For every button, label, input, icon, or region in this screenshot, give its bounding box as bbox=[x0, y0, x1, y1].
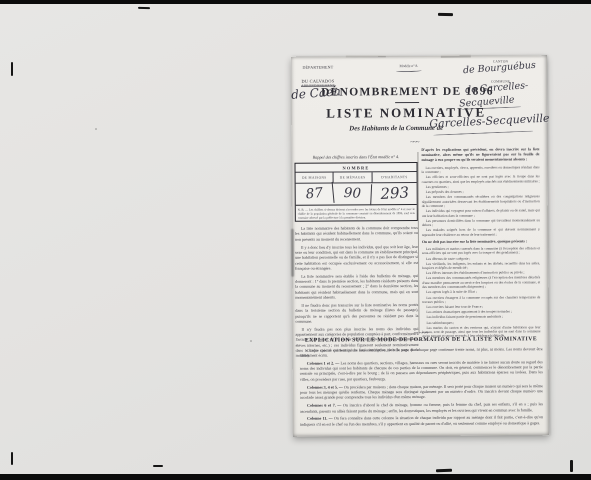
modele-underline bbox=[396, 69, 422, 73]
canton-handwritten: de Bourguébus bbox=[463, 60, 537, 77]
scan-mark bbox=[153, 465, 163, 467]
instruction-paragraph: La liste nominative des habitants de la … bbox=[295, 225, 418, 242]
instruction-paragraph: La liste nominative sera établie à l'aid… bbox=[295, 273, 418, 300]
inclusion-intro: D'après les explications qui précèdent, … bbox=[421, 147, 539, 162]
scan-mark bbox=[438, 13, 453, 16]
dust-speck bbox=[250, 340, 252, 342]
scan-mark bbox=[436, 469, 452, 472]
film-bar-top bbox=[0, 0, 591, 4]
list-item: Les ouvriers, employés, clercs, apprenti… bbox=[422, 165, 540, 174]
title-rule bbox=[395, 102, 419, 103]
list-item: Les ouvriers étrangers à la commune occu… bbox=[422, 295, 540, 304]
list-item: Les membres des communautés religieuses … bbox=[422, 276, 540, 290]
explication-paragraph: Colonnes 3, 4 et 5. — On procédera par m… bbox=[300, 383, 543, 401]
ornament-divider: ~~~ bbox=[389, 138, 439, 146]
scan-mark bbox=[11, 452, 13, 465]
page-title: DÉNOMBREMENT DE 1896 bbox=[321, 86, 491, 99]
torn-edge bbox=[346, 55, 386, 57]
modele-label: Modèle n° 8. bbox=[387, 64, 431, 68]
torn-edge bbox=[441, 54, 471, 57]
scan-mark bbox=[570, 460, 573, 472]
paragraph-text: Chaque case ne contient qu'une seule ins… bbox=[300, 346, 543, 358]
recap-caption: Rappel des chiffres inscrits dans l'État… bbox=[294, 154, 417, 160]
instruction-paragraph: Il y a donc lieu d'y inscrire tous les i… bbox=[295, 244, 418, 271]
explication-paragraph: Colonnes 6 et 7. — On inscrira d'abord l… bbox=[300, 401, 543, 413]
list-item: Les malades soignés hors de la commune e… bbox=[422, 227, 540, 236]
explication-paragraph: Colonne 11. — On fera connaître dans cet… bbox=[300, 415, 543, 427]
list-item: Les officiers et sous-officiers qui ne s… bbox=[422, 175, 540, 184]
exclusion-heading: On ne doit pas inscrire sur la liste nom… bbox=[422, 240, 540, 245]
exclusion-list: Les militaires et marins casernés dans l… bbox=[422, 246, 541, 339]
instruction-paragraph: Il ne faudra donc pas transcrire sur la … bbox=[295, 302, 418, 324]
census-page: DÉPARTEMENT DU CALVADOS ARRONDISSEMENT d… bbox=[291, 55, 549, 437]
value-habitants: 293 bbox=[372, 182, 417, 206]
scan-mark bbox=[11, 62, 13, 76]
explication-section: EXPLICATION SUR LE MODE DE FORMATION DE … bbox=[300, 336, 544, 429]
recap-footnote: N. B. — Les chiffres ci-dessus doivent s… bbox=[296, 204, 417, 221]
column-ref-label: Colonnes 1 et 2. — bbox=[307, 360, 340, 365]
film-bar-bottom bbox=[0, 474, 591, 480]
explication-paragraph: Chaque case ne contient qu'une seule ins… bbox=[300, 346, 543, 358]
fold-shadow bbox=[291, 229, 294, 277]
recap-table: NOMBRE DE MAISONS DE MÉNAGES D'HABITANTS… bbox=[294, 162, 417, 222]
recap-table-values: 87 90 293 bbox=[296, 183, 417, 205]
list-item: Les militaires et marins casernés dans l… bbox=[422, 246, 540, 255]
inclusion-list: Les ouvriers, employés, clercs, apprenti… bbox=[422, 165, 540, 237]
column-divider bbox=[417, 152, 419, 332]
subtitle-flourish bbox=[433, 131, 533, 136]
right-column: D'après les explications qui précèdent, … bbox=[421, 147, 540, 339]
value-menages: 90 bbox=[334, 183, 373, 206]
list-item: Les membres des communautés séculières o… bbox=[422, 194, 540, 208]
paragraph-text: On fera connaître dans cette colonne la … bbox=[300, 415, 543, 427]
explication-paragraph: Colonnes 1 et 2. — Les noms des quartier… bbox=[300, 359, 543, 382]
departement-label: DÉPARTEMENT bbox=[295, 64, 341, 69]
list-item: Les personnes domiciliées dans la commun… bbox=[422, 218, 540, 227]
microfilm-frame: DÉPARTEMENT DU CALVADOS ARRONDISSEMENT d… bbox=[0, 0, 591, 480]
dust-speck bbox=[95, 128, 97, 130]
column-ref-label: Colonne 11. — bbox=[307, 416, 333, 421]
value-maisons: 87 bbox=[295, 182, 335, 206]
list-item: Les individus qui voyagent pour raison d… bbox=[422, 208, 540, 217]
list-item: Les vieillards, les indigents, les enfan… bbox=[422, 261, 540, 270]
explication-heading: EXPLICATION SUR LE MODE DE FORMATION DE … bbox=[300, 336, 543, 343]
scan-mark bbox=[138, 7, 150, 9]
